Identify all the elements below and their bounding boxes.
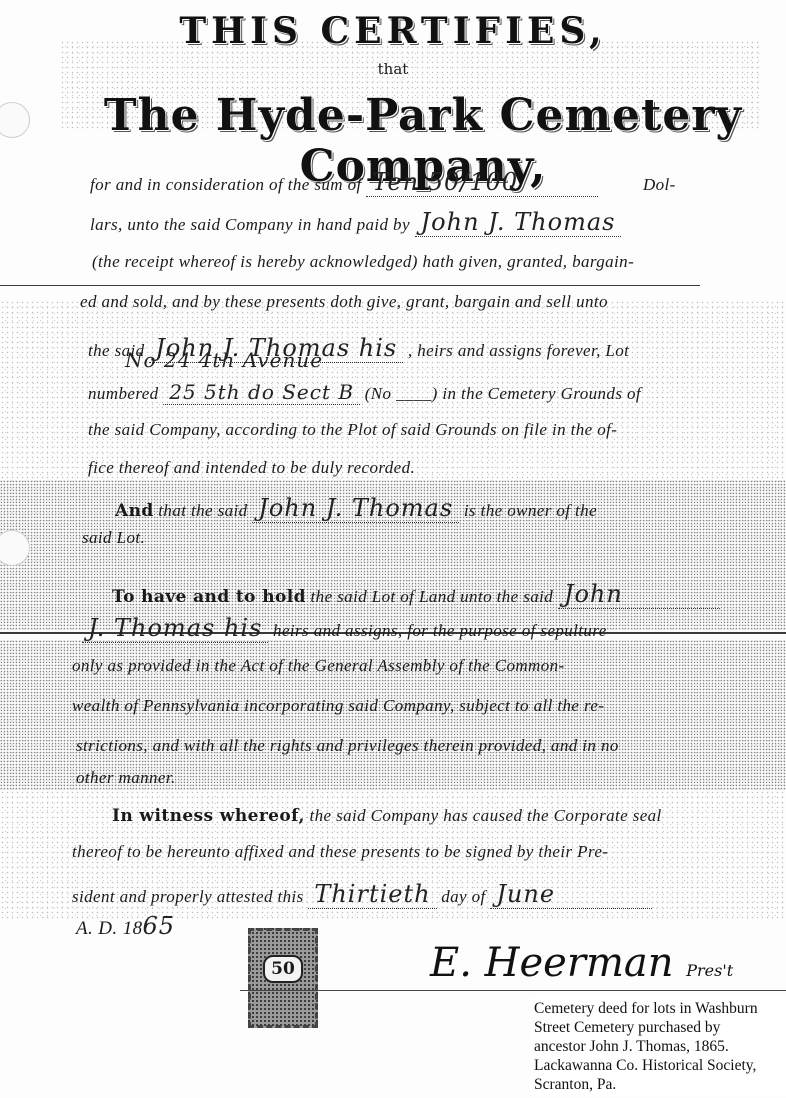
lot-fill: No 24 4th Avenue (125, 348, 323, 372)
clause-lead: To have and to hold (112, 587, 306, 607)
line-text: sident and properly attested this (72, 887, 304, 906)
line-text: Dol- (643, 175, 676, 194)
holder-name-fill-cont: J. Thomas his (82, 614, 268, 643)
habendum-line-5: strictions, and with all the rights and … (76, 736, 619, 756)
line-text: heirs and assigns, for the purpose of se… (273, 621, 607, 640)
clause-lead: In witness whereof, (112, 806, 305, 826)
body-line-3: (the receipt whereof is hereby acknowled… (92, 252, 634, 272)
witness-line-3: sident and properly attested this Thirti… (72, 880, 652, 909)
line-text: , heirs and assigns forever, Lot (408, 341, 629, 360)
lot-number-fill: 25 5th do Sect B (163, 380, 360, 405)
day-fill: Thirtieth (308, 880, 436, 909)
habendum-line-4: wealth of Pennsylvania incorporating sai… (72, 696, 604, 716)
sum-fill: Ten 50/100 (366, 168, 598, 197)
punch-hole-top (0, 102, 30, 138)
line-text: fice thereof and intended to be duly rec… (88, 458, 415, 477)
body-line-2: lars, unto the said Company in hand paid… (90, 208, 621, 237)
habendum-line-1: To have and to hold the said Lot of Land… (112, 580, 720, 609)
body-line-7: the said Company, according to the Plot … (88, 420, 617, 440)
line-text: said Lot. (82, 528, 145, 547)
line-text: day of (441, 887, 485, 906)
ownership-line-2: said Lot. (82, 528, 145, 548)
line-text: the said Company has caused the Corporat… (309, 806, 661, 825)
signature-name: E. Heerman (430, 940, 674, 986)
line-text: strictions, and with all the rights and … (76, 736, 619, 755)
line-text: other manner. (76, 768, 176, 787)
document-heading: THIS CERTIFIES, (0, 10, 786, 52)
caption-line: Cemetery deed for lots in Washburn (534, 999, 786, 1018)
punch-hole-middle (0, 530, 30, 566)
caption-line: Scranton, Pa. (534, 1075, 786, 1094)
payer-name-fill: John J. Thomas (415, 208, 622, 237)
clause-lead: And (115, 501, 154, 521)
signature-line (240, 990, 786, 991)
caption-line: Lackawanna Co. Historical Society, (534, 1056, 786, 1075)
line-text: that the said (158, 501, 247, 520)
body-line-1: for and in consideration of the sum of T… (90, 168, 676, 197)
line-text: (No ____) in the Cemetery Grounds of (365, 384, 641, 403)
habendum-line-3: only as provided in the Act of the Gener… (72, 656, 565, 676)
year-fill: 65 (143, 912, 176, 940)
line-text: the said Lot of Land unto the said (311, 587, 554, 606)
date-line: A. D. 1865 (76, 912, 175, 940)
line-text: numbered (88, 384, 159, 403)
signature-title: Pres't (686, 961, 733, 980)
connector-word: that (0, 60, 786, 78)
line-text: thereof to be hereunto affixed and these… (72, 842, 608, 861)
line-text: A. D. 18 (76, 918, 143, 939)
line-text: (the receipt whereof is hereby acknowled… (92, 252, 634, 271)
habendum-line-6: other manner. (76, 768, 176, 788)
line-text: is the owner of the (464, 501, 597, 520)
witness-line-2: thereof to be hereunto affixed and these… (72, 842, 608, 862)
line-text: for and in consideration of the sum of (90, 175, 362, 194)
body-line-6: numbered 25 5th do Sect B (No ____) in t… (88, 380, 641, 405)
ownership-line-1: And that the said John J. Thomas is the … (115, 494, 597, 523)
image-caption: Cemetery deed for lots in Washburn Stree… (530, 996, 786, 1097)
stamp-value: 50 (263, 955, 303, 983)
month-fill: June (490, 880, 652, 909)
line-text: ed and sold, and by these presents doth … (80, 292, 608, 311)
witness-line-1: In witness whereof, the said Company has… (112, 806, 662, 826)
fold-line-upper (0, 285, 700, 286)
line-text: lars, unto the said Company in hand paid… (90, 215, 410, 234)
habendum-line-2: J. Thomas his heirs and assigns, for the… (82, 614, 607, 643)
line-text: only as provided in the Act of the Gener… (72, 656, 565, 675)
revenue-stamp: 50 (248, 928, 318, 1028)
line-text: the said Company, according to the Plot … (88, 420, 617, 439)
scanned-deed: THIS CERTIFIES, that The Hyde-Park Cemet… (0, 0, 786, 1098)
president-signature: E. Heerman Pres't (430, 940, 733, 986)
body-line-4: ed and sold, and by these presents doth … (80, 292, 608, 312)
caption-line: ancestor John J. Thomas, 1865. (534, 1037, 786, 1056)
caption-line: Street Cemetery purchased by (534, 1018, 786, 1037)
holder-name-fill: John (558, 580, 720, 609)
line-text: wealth of Pennsylvania incorporating sai… (72, 696, 604, 715)
owner-name-fill: John J. Thomas (252, 494, 459, 523)
lot-description-line-1: No 24 4th Avenue (125, 348, 323, 372)
body-line-8: fice thereof and intended to be duly rec… (88, 458, 415, 478)
